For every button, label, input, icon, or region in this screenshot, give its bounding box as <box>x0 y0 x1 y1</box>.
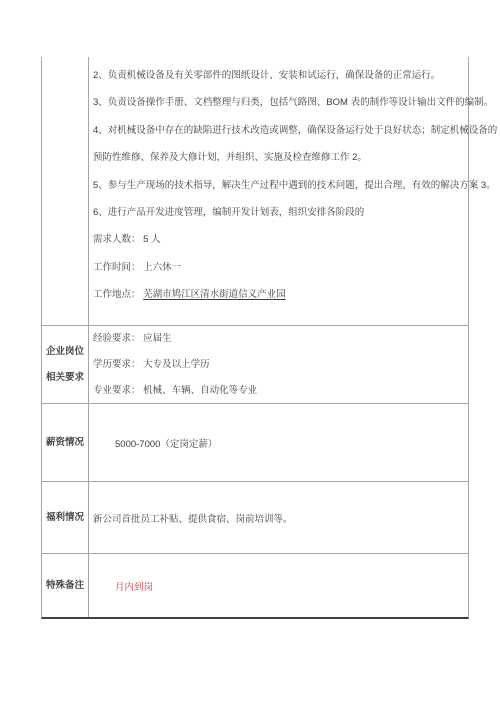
job-duties-cell: 2、负责机械设备及有关零部件的图纸设计、安装和试运行，确保设备的正常运行。 3、… <box>89 57 468 325</box>
duty-line: 5、参与生产现场的技术指导，解决生产过程中遇到的技术问题，提出合理、有效的解决方… <box>93 172 465 199</box>
duty-line: 3、负责设备操作手册、文档整理与归类，包括气路图、BOM 表的制作等设计输出文件… <box>93 89 465 116</box>
requirements-label-cell: 企业岗位 相关要求 <box>42 326 89 403</box>
special-note-row: 特殊备注 月内到岗 <box>42 553 468 617</box>
experience-requirement: 经验要求： 应届生 <box>93 326 468 352</box>
welfare-value: 新公司首批员工补贴、提供食宿、岗前培训等。 <box>93 511 293 525</box>
special-note-label: 特殊备注 <box>46 573 84 599</box>
work-location-value: 芜湖市鸠江区清水街道信义产业园 <box>143 289 286 300</box>
salary-value: 5000-7000（定岗定薪） <box>115 436 217 450</box>
salary-row: 薪资情况 5000-7000（定岗定薪） <box>42 403 468 481</box>
job-posting-table: 2、负责机械设备及有关零部件的图纸设计、安装和试运行，确保设备的正常运行。 3、… <box>41 57 469 619</box>
job-duties-row: 2、负责机械设备及有关零部件的图纸设计、安装和试运行，确保设备的正常运行。 3、… <box>42 57 468 325</box>
major-requirement: 专业要求： 机械、车辆、自动化等专业 <box>93 378 468 404</box>
work-location-label: 工作地点： <box>93 289 143 300</box>
welfare-row: 福利情况 新公司首批员工补贴、提供食宿、岗前培训等。 <box>42 481 468 553</box>
special-note-label-cell: 特殊备注 <box>42 554 89 617</box>
duty-line: 6、进行产品开发进度管理，编制开发计划表，组织安排各阶段的 <box>93 199 465 226</box>
requirements-label-line2: 相关要求 <box>46 365 84 391</box>
requirements-cell: 经验要求： 应届生 学历要求： 大专及以上学历 专业要求： 机械、车辆、自动化等… <box>89 326 468 403</box>
welfare-cell: 新公司首批员工补贴、提供食宿、岗前培训等。 <box>89 482 468 553</box>
duty-line: 2、负责机械设备及有关零部件的图纸设计、安装和试运行，确保设备的正常运行。 <box>93 62 465 89</box>
welfare-label: 福利情况 <box>46 505 84 531</box>
work-location-line: 工作地点： 芜湖市鸠江区清水街道信义产业园 <box>93 281 465 308</box>
headcount-line: 需求人数： 5 人 <box>93 226 465 253</box>
duty-line: 4、对机械设备中存在的缺陷进行技术改造或调整，确保设备运行处于良好状态；制定机械… <box>93 117 465 144</box>
special-note-value: 月内到岗 <box>115 579 153 593</box>
requirements-row: 企业岗位 相关要求 经验要求： 应届生 学历要求： 大专及以上学历 专业要求： … <box>42 325 468 403</box>
duty-line: 预防性维修、保养及大修计划，并组织、实施及检查维修工作 2。 <box>93 144 465 171</box>
job-duties-label-cell <box>42 57 89 325</box>
education-requirement: 学历要求： 大专及以上学历 <box>93 352 468 378</box>
salary-label: 薪资情况 <box>46 430 84 456</box>
document-page: 2、负责机械设备及有关零部件的图纸设计、安装和试运行，确保设备的正常运行。 3、… <box>0 0 500 707</box>
work-hours-line: 工作时间： 上六休一 <box>93 254 465 281</box>
welfare-label-cell: 福利情况 <box>42 482 89 553</box>
special-note-cell: 月内到岗 <box>89 554 468 617</box>
salary-cell: 5000-7000（定岗定薪） <box>89 404 468 481</box>
salary-label-cell: 薪资情况 <box>42 404 89 481</box>
requirements-label-line1: 企业岗位 <box>46 339 84 365</box>
